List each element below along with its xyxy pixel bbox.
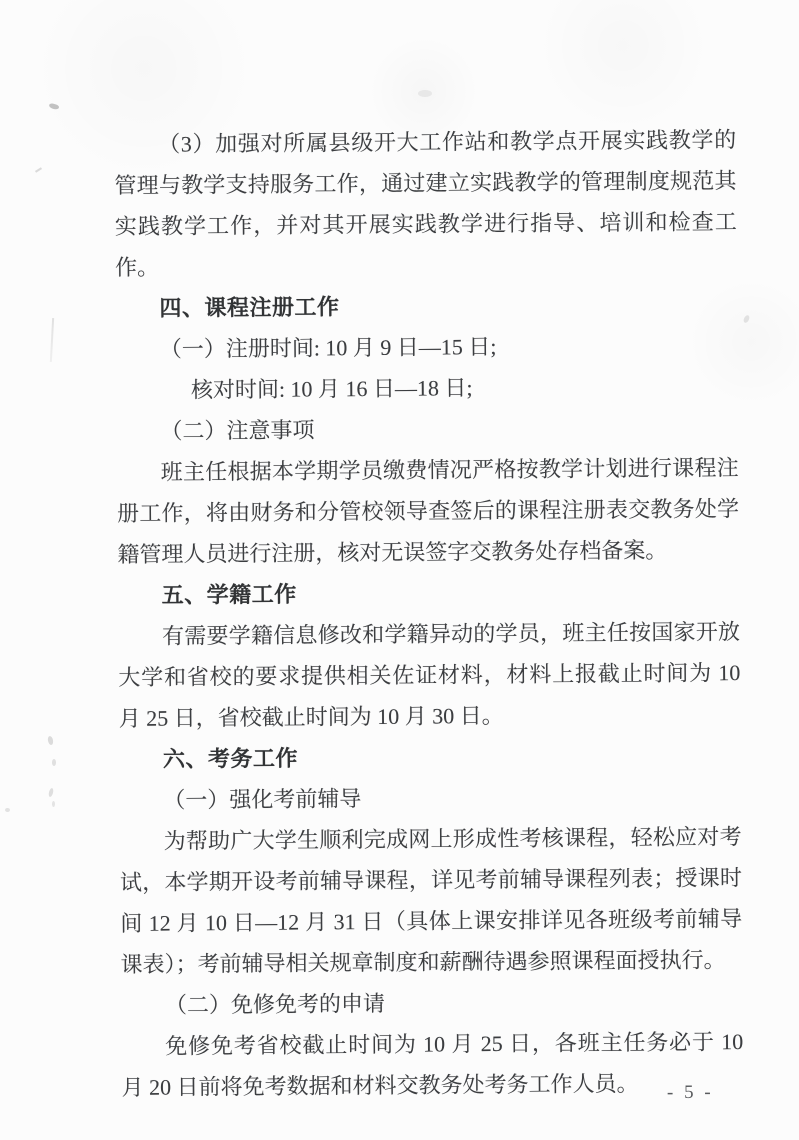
scan-speckle: [743, 314, 751, 323]
scan-speckle: [52, 801, 55, 807]
item-notes-label: （二）注意事项: [116, 406, 738, 452]
document-page: （3）加强对所属县级开大工作站和教学点开展实践教学的管理与教学支持服务工作，通过…: [0, 0, 799, 1140]
section-heading-exam-affairs: 六、考务工作: [119, 734, 741, 780]
paragraph-exemption-deadline: 免修免考省校截止时间为 10 月 25 日，各班主任务必于 10 月 20 日前…: [121, 1021, 744, 1108]
item-verification-time: 核对时间: 10 月 16 日—18 日;: [116, 365, 738, 411]
scan-speckle: [5, 808, 10, 812]
scan-speckle: [52, 759, 56, 766]
item-pre-exam-tutoring-label: （一）强化考前辅导: [119, 775, 741, 821]
section-heading-student-records: 五、学籍工作: [118, 570, 740, 616]
scan-speckle: [35, 167, 42, 172]
paragraph-student-records: 有需要学籍信息修改和学籍异动的学员，班主任按国家开放大学和省校的要求提供相关佐证…: [118, 611, 741, 739]
item-registration-time: （一）注册时间: 10 月 9 日—15 日;: [116, 324, 738, 370]
paragraph-practice-teaching: （3）加强对所属县级开大工作站和教学点开展实践教学的管理与教学支持服务工作，通过…: [114, 119, 737, 288]
scan-speckle: [50, 318, 54, 362]
scan-speckle: [418, 90, 432, 97]
document-body: （3）加强对所属县级开大工作站和教学点开展实践教学的管理与教学支持服务工作，通过…: [114, 119, 744, 1108]
scan-speckle: [48, 103, 59, 111]
scan-speckle: [48, 788, 54, 798]
item-exemption-application-label: （二）免修免考的申请: [121, 980, 743, 1026]
page-number: - 5 -: [667, 1082, 714, 1104]
section-heading-course-registration: 四、课程注册工作: [115, 283, 737, 329]
scan-speckle: [47, 736, 54, 746]
paragraph-registration-notes: 班主任根据本学期学员缴费情况严格按教学计划进行课程注册工作，将由财务和分管校领导…: [117, 447, 740, 575]
paragraph-pre-exam-tutoring: 为帮助广大学生顺利完成网上形成性考核课程，轻松应对考试，本学期开设考前辅导课程，…: [119, 816, 742, 985]
